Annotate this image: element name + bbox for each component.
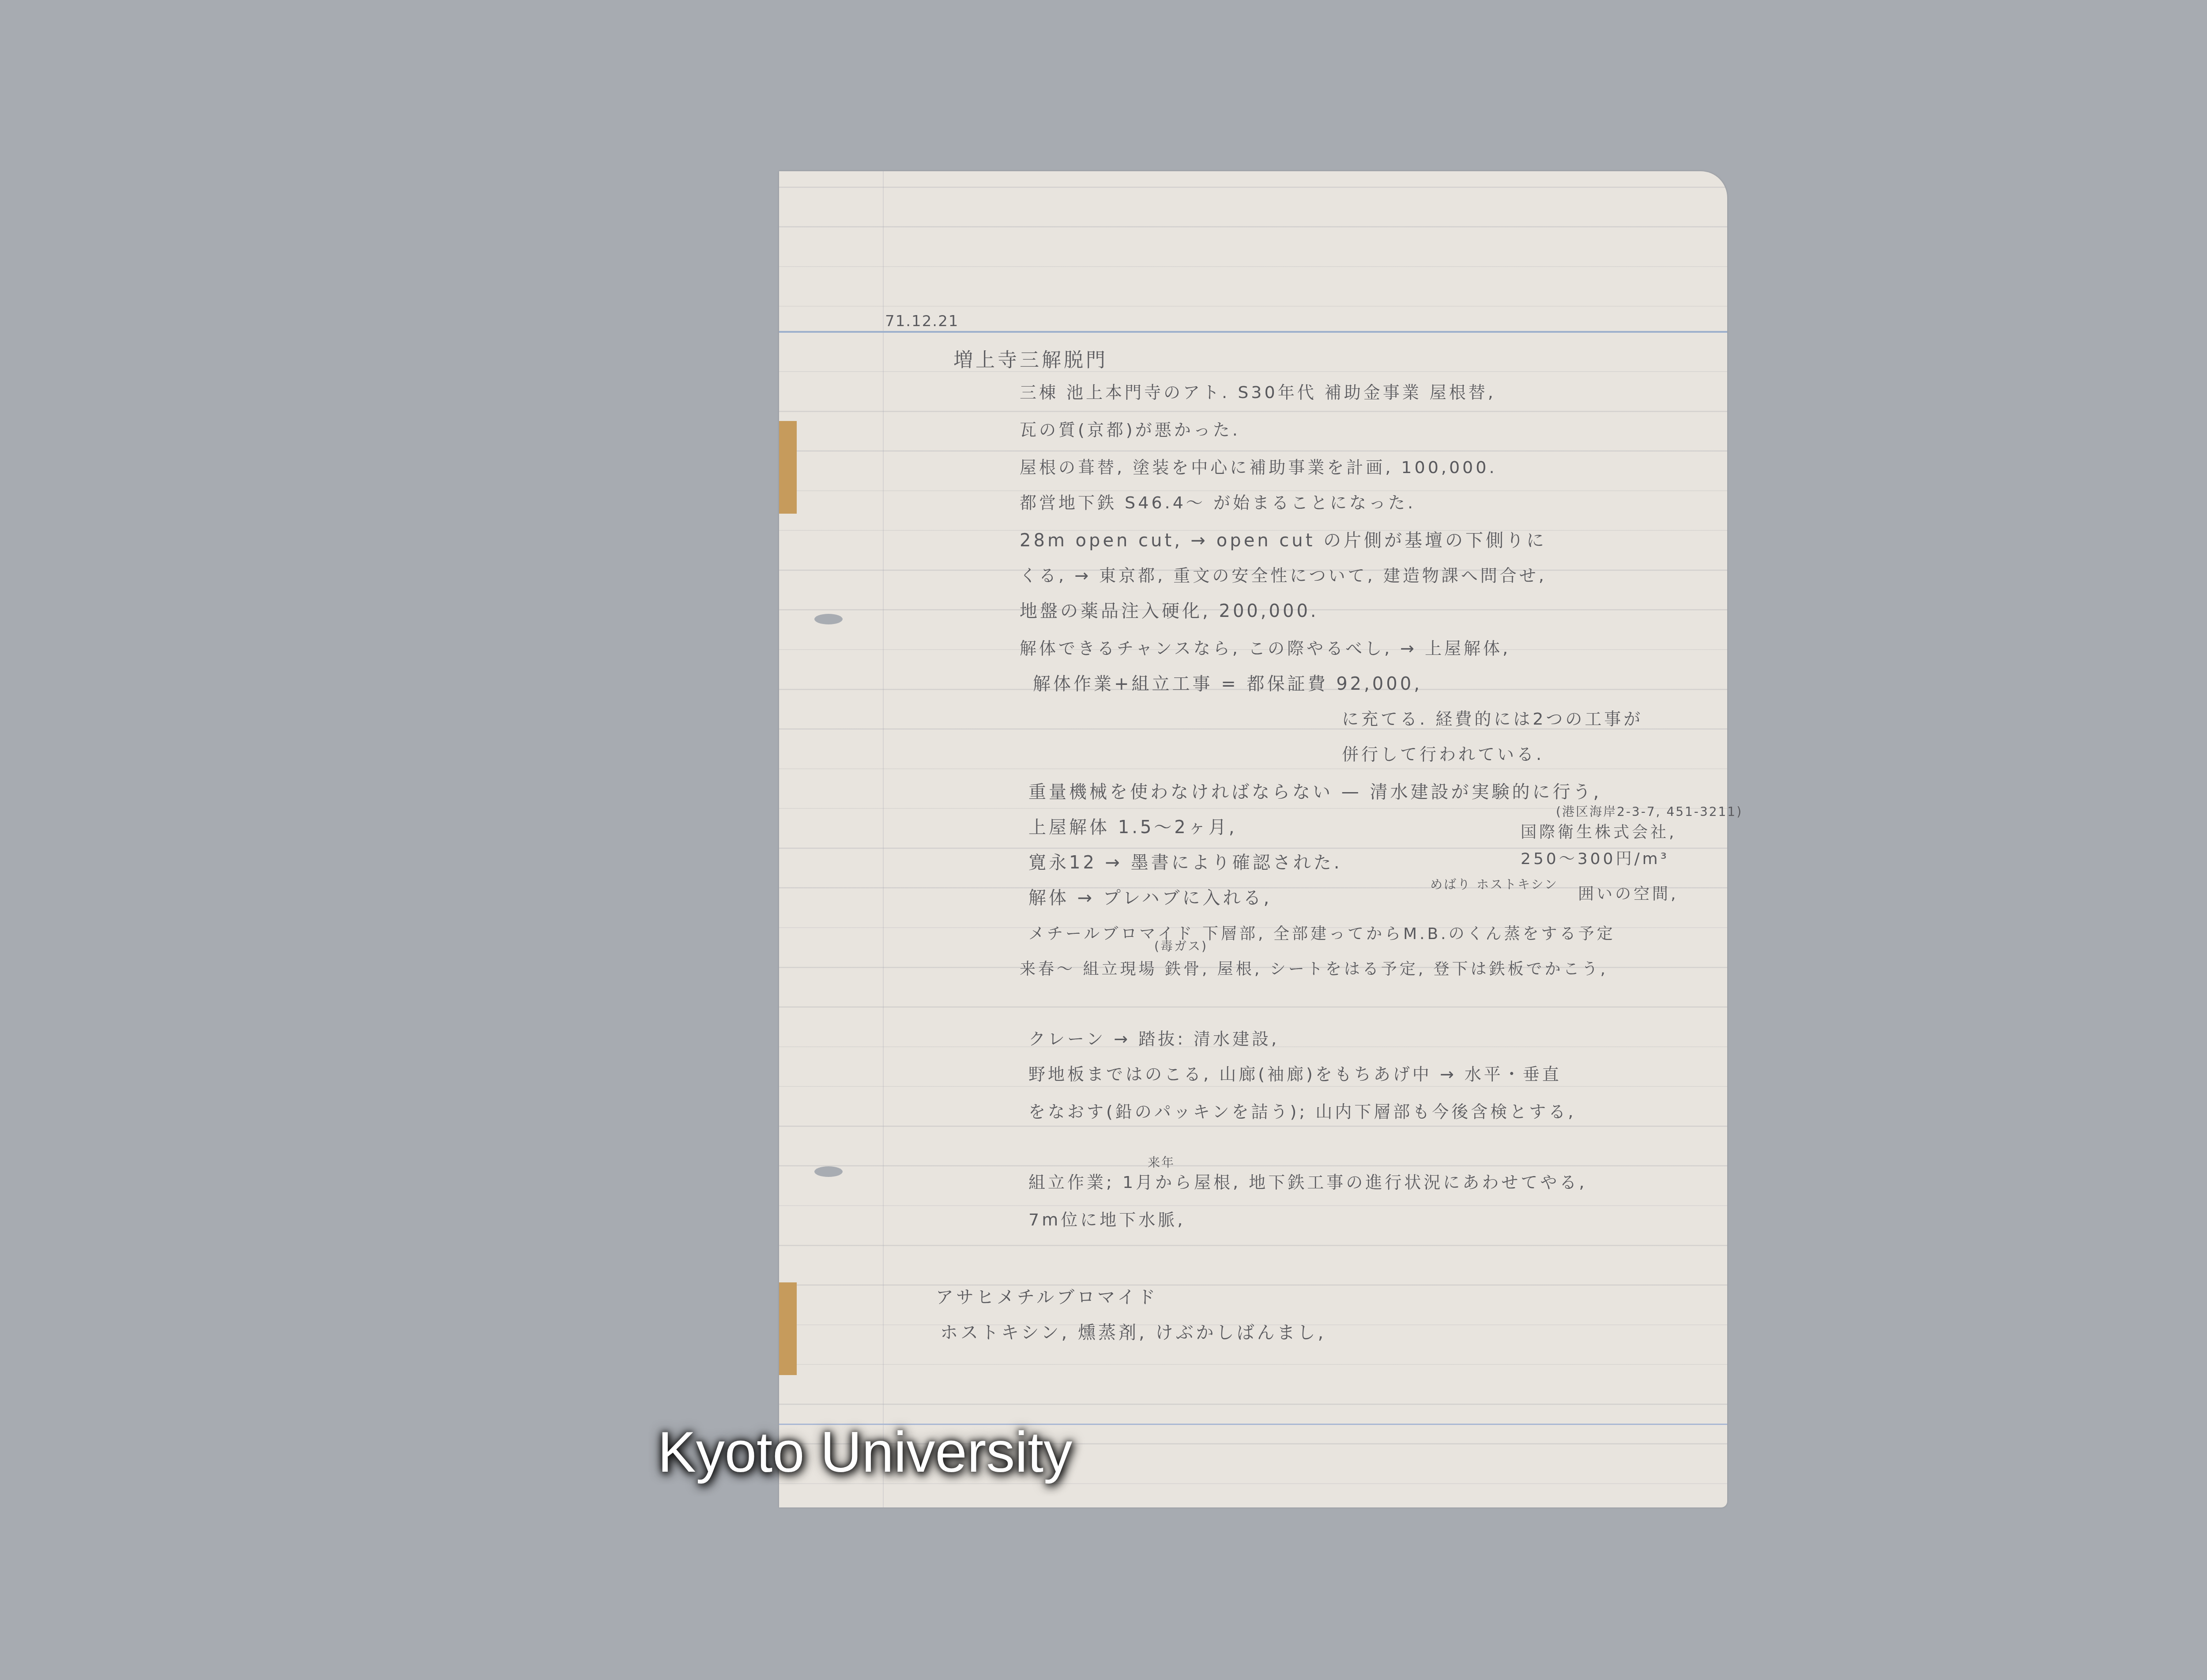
- line: 来春～ 組立現場 鉄骨, 屋根, シートをはる予定, 登下は鉄板でかこう,: [1020, 957, 1608, 979]
- date-note: 71.12.21: [885, 312, 959, 330]
- line: 併行して行われている.: [1342, 740, 1544, 765]
- side-note-address: (港区海岸2-3-7, 451-3211): [1556, 802, 1743, 820]
- line: 7m位に地下水脈,: [1028, 1206, 1185, 1230]
- line: 野地板まではのこる, 山廊(袖廊)をもちあげ中 → 水平・垂直: [1028, 1060, 1562, 1085]
- side-note-next-year: 来年: [1148, 1153, 1175, 1171]
- line: 寛永12 → 墨書により確認された.: [1028, 849, 1342, 874]
- line-title: 増上寺三解脱門: [953, 344, 1108, 372]
- tape-strip: [779, 421, 797, 514]
- side-note-price: 250～300円/m³: [1521, 846, 1669, 869]
- side-note-gas: (毒ガス): [1154, 937, 1208, 955]
- line: 重量機械を使わなければならない — 清水建設が実験的に行う,: [1028, 778, 1601, 803]
- side-note-company: 国際衛生株式会社,: [1521, 820, 1676, 842]
- line: 解体 → プレハブに入れる,: [1028, 884, 1272, 909]
- notebook-page: 71.12.21 増上寺三解脱門 三棟 池上本門寺のアト. S30年代 補助金事…: [779, 171, 1727, 1507]
- line: 解体作業+組立工事 = 都保証費 92,000,: [1033, 670, 1422, 695]
- side-note-space: 囲いの空間,: [1578, 882, 1678, 904]
- line: 28m open cut, → open cut の片側が基壇の下側りに: [1020, 526, 1547, 552]
- side-note-fumigant: めばり ホストキシン: [1430, 875, 1558, 893]
- punch-hole: [814, 614, 843, 624]
- tape-strip: [779, 1282, 797, 1375]
- footer-line: アサヒメチルブロマイド: [936, 1283, 1158, 1308]
- watermark: Kyoto University: [658, 1419, 1072, 1485]
- footer-line: ホストキシン, 燻蒸剤, けぶかしばんまし,: [940, 1319, 1326, 1344]
- line: 瓦の質(京都)が悪かった.: [1020, 416, 1240, 440]
- line: 地盤の薬品注入硬化, 200,000.: [1020, 597, 1319, 622]
- line: 三棟 池上本門寺のアト. S30年代 補助金事業 屋根替,: [1020, 379, 1496, 403]
- line: メチールブロマイド 下層部, 全部建ってからM.B.のくん蒸をする予定: [1028, 921, 1616, 944]
- punch-hole: [814, 1166, 843, 1177]
- line: をなおす(鉛のパッキンを詰う); 山内下層部も今後含検とする,: [1028, 1098, 1576, 1122]
- margin-line: [883, 171, 884, 1507]
- header-rule: [779, 331, 1727, 333]
- line: 解体できるチャンスなら, この際やるべし, → 上屋解体,: [1020, 635, 1510, 659]
- line: 都営地下鉄 S46.4～ が始まることになった.: [1020, 489, 1416, 513]
- line: クレーン → 踏抜: 清水建設,: [1028, 1025, 1279, 1049]
- line: 屋根の葺替, 塗装を中心に補助事業を計画, 100,000.: [1020, 454, 1497, 478]
- line: 組立作業; 1月から屋根, 地下鉄工事の進行状況にあわせてやる,: [1028, 1169, 1587, 1193]
- line: くる, → 東京都, 重文の安全性について, 建造物課へ問合せ,: [1020, 562, 1547, 586]
- line: 上屋解体 1.5～2ヶ月,: [1028, 813, 1237, 838]
- line: に充てる. 経費的には2つの工事が: [1342, 705, 1643, 729]
